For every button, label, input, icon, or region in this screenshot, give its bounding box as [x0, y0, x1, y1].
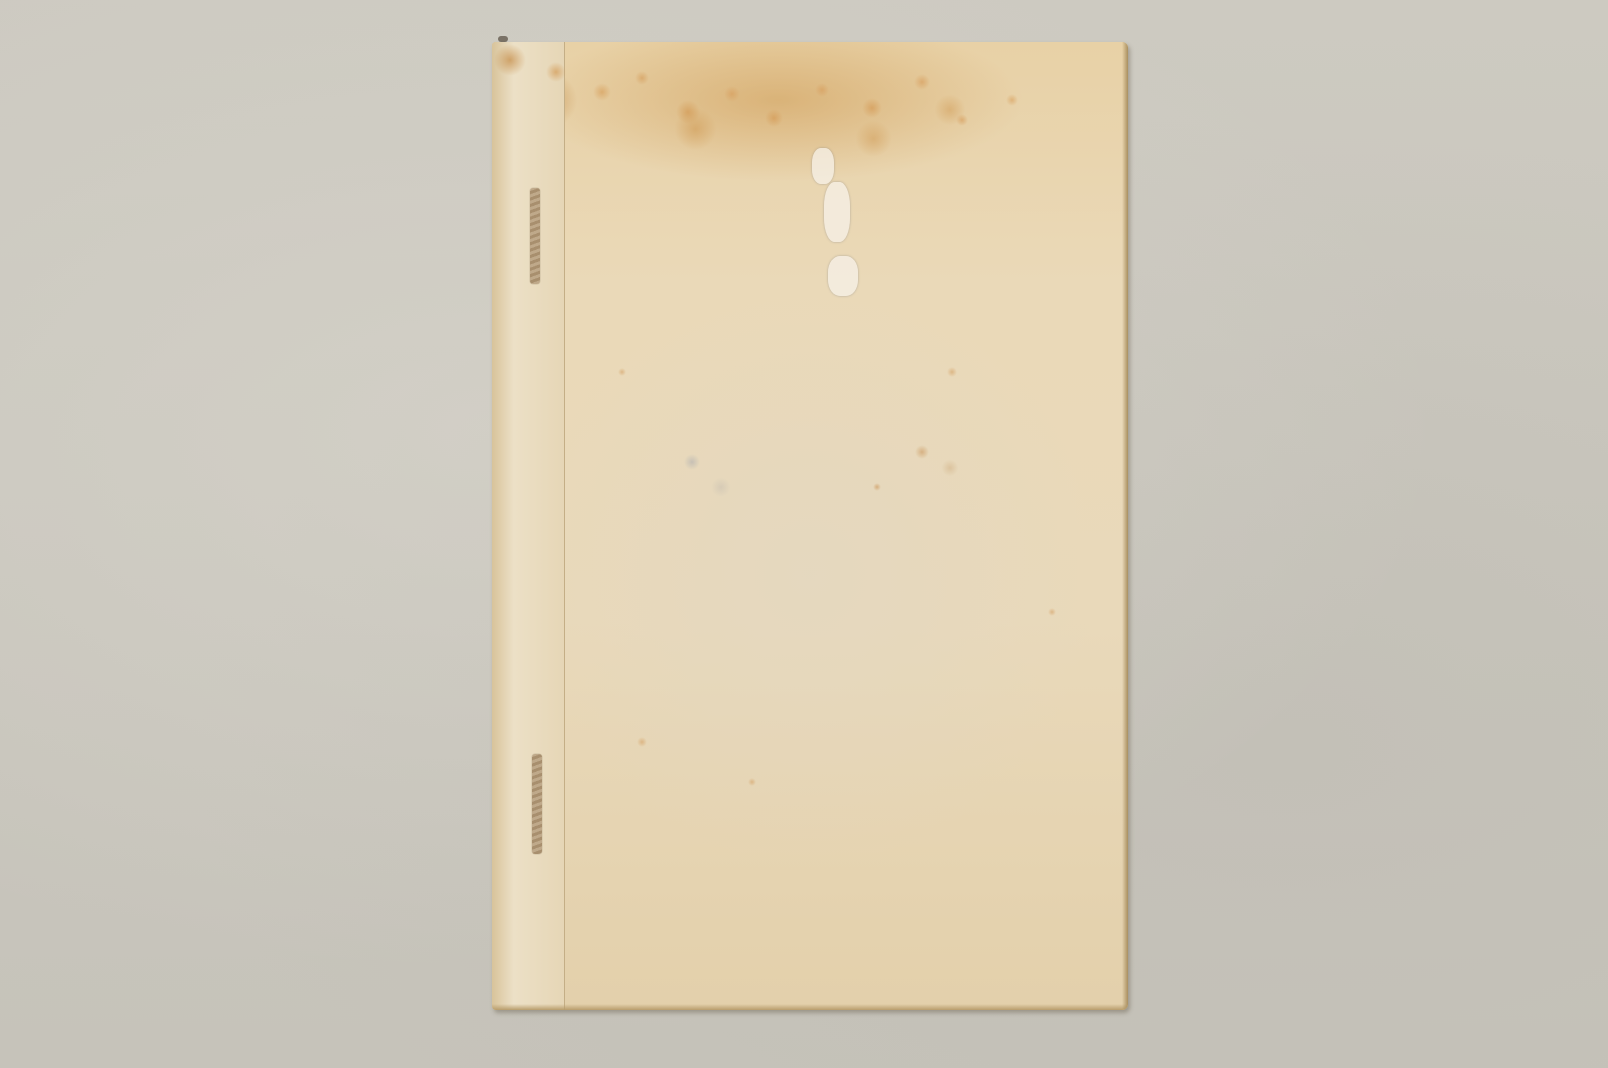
foxing-spot — [618, 368, 626, 376]
foxing-spot — [593, 83, 611, 101]
foxing-spot — [862, 98, 882, 118]
damage-mark — [828, 256, 858, 296]
binding-strip — [492, 42, 565, 1010]
foxing-spot — [947, 367, 957, 377]
foxing-spot — [914, 74, 930, 90]
right-edge — [1122, 42, 1128, 1010]
foxing-spot — [765, 109, 783, 127]
foxing-spot — [815, 83, 829, 97]
foxing-spot — [915, 445, 929, 459]
foxing-spot — [676, 100, 700, 124]
stitch-thread — [530, 188, 540, 284]
foxing-spot — [1048, 608, 1056, 616]
foxing-spot — [724, 86, 740, 102]
aged-paper-surface — [492, 42, 1128, 1010]
photo-background — [0, 0, 1608, 1068]
foxing-spot — [748, 778, 756, 786]
damage-mark — [812, 148, 834, 184]
stitch-thread — [532, 754, 542, 854]
foxing-spot — [637, 737, 647, 747]
damage-mark — [824, 182, 850, 242]
foxing-spot — [956, 114, 968, 126]
bottom-edge — [492, 1004, 1128, 1010]
foxing-spot — [546, 62, 566, 82]
foxing-spot — [494, 44, 526, 76]
foxing-spot — [1006, 94, 1018, 106]
book-cover — [492, 42, 1128, 1010]
foxing-spot — [684, 454, 700, 470]
foxing-spot — [873, 483, 881, 491]
foxing-spot — [635, 71, 649, 85]
